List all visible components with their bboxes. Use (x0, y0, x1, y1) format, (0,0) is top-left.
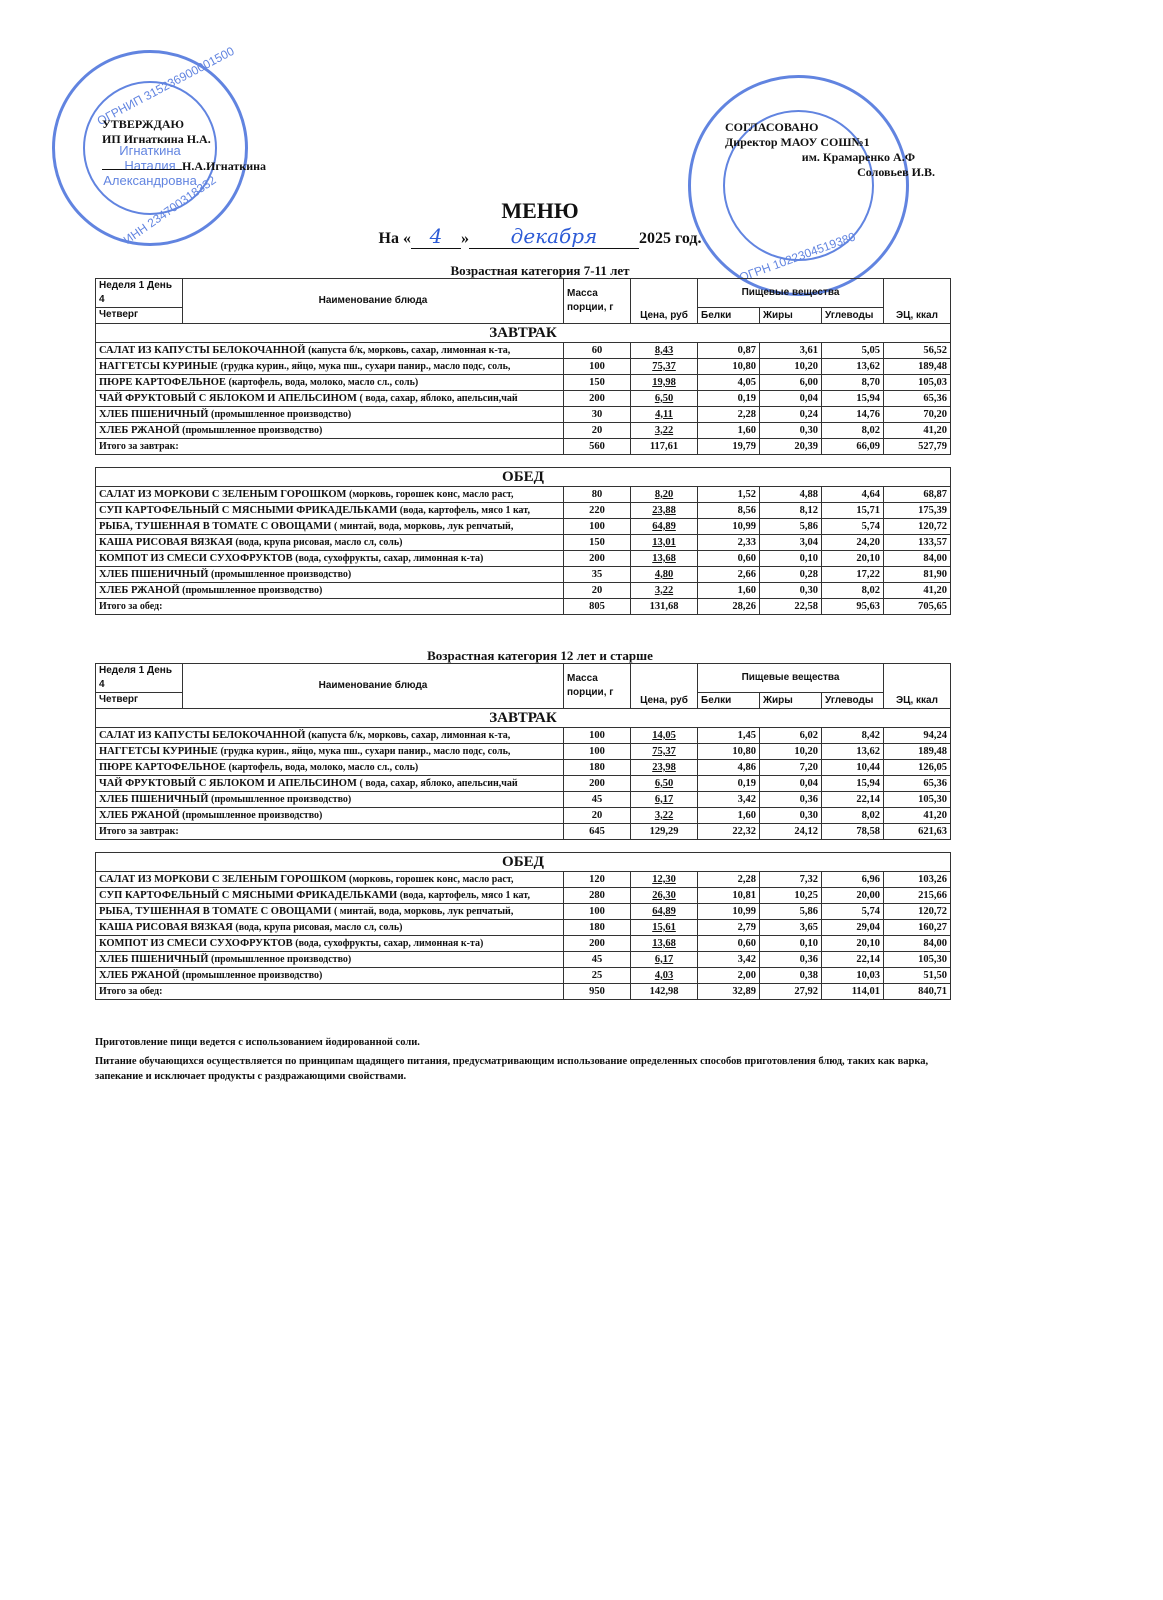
dish-energy: 94,24 (884, 728, 951, 744)
table-row: СУП КАРТОФЕЛЬНЫЙ С МЯСНЫМИ ФРИКАДЕЛЬКАМИ… (96, 503, 951, 519)
dish-carbs: 8,70 (822, 375, 884, 391)
dish-price: 64,89 (631, 519, 698, 535)
dish-fat: 0,36 (760, 792, 822, 808)
dish-protein: 2,00 (698, 968, 760, 984)
dish-mass: 100 (564, 728, 631, 744)
dish-fat: 0,30 (760, 583, 822, 599)
total-carbs: 95,63 (822, 599, 884, 615)
table-row: ХЛЕБ РЖАНОЙ (промышленное производство)2… (96, 583, 951, 599)
dish-protein: 8,56 (698, 503, 760, 519)
total-fat: 20,39 (760, 439, 822, 455)
dish-carbs: 22,14 (822, 952, 884, 968)
dish-protein: 0,19 (698, 391, 760, 407)
price-header: Цена, руб (631, 279, 698, 324)
page-title: МЕНЮ (0, 198, 1080, 224)
spacer-row (96, 840, 951, 853)
dish-energy: 84,00 (884, 551, 951, 567)
dish-mass: 200 (564, 551, 631, 567)
total-mass: 950 (564, 984, 631, 1000)
table-row: САЛАТ ИЗ МОРКОВИ С ЗЕЛЕНЫМ ГОРОШКОМ (мор… (96, 872, 951, 888)
dish-mass: 20 (564, 808, 631, 824)
dish-protein: 1,60 (698, 808, 760, 824)
dish-mass: 100 (564, 744, 631, 760)
age-category-title-1: Возрастная категория 7-11 лет (0, 263, 1080, 279)
dish-energy: 103,26 (884, 872, 951, 888)
dish-name: ПЮРЕ КАРТОФЕЛЬНОЕ (картофель, вода, моло… (96, 760, 564, 776)
dish-energy: 105,03 (884, 375, 951, 391)
total-label: Итого за обед: (96, 599, 564, 615)
table-row: САЛАТ ИЗ КАПУСТЫ БЕЛОКОЧАННОЙ (капуста б… (96, 343, 951, 359)
dish-price: 4,80 (631, 567, 698, 583)
dish-price: 13,68 (631, 551, 698, 567)
dish-carbs: 8,02 (822, 423, 884, 439)
meal-section-row: ОБЕД (96, 853, 951, 872)
dish-protein: 3,42 (698, 792, 760, 808)
dish-name: СУП КАРТОФЕЛЬНЫЙ С МЯСНЫМИ ФРИКАДЕЛЬКАМИ… (96, 888, 564, 904)
dish-mass: 280 (564, 888, 631, 904)
dish-fat: 10,20 (760, 744, 822, 760)
dish-mass: 100 (564, 359, 631, 375)
total-label: Итого за завтрак: (96, 824, 564, 840)
dish-name: САЛАТ ИЗ КАПУСТЫ БЕЛОКОЧАННОЙ (капуста б… (96, 343, 564, 359)
agreement-block: СОГЛАСОВАНО Директор МАОУ СОШ№1 им. Крам… (725, 120, 935, 180)
dish-price: 8,20 (631, 487, 698, 503)
dish-name: ХЛЕБ ПШЕНИЧНЫЙ (промышленное производств… (96, 952, 564, 968)
total-price: 129,29 (631, 824, 698, 840)
dish-price: 15,61 (631, 920, 698, 936)
dish-fat: 7,20 (760, 760, 822, 776)
total-protein: 22,32 (698, 824, 760, 840)
dish-fat: 7,32 (760, 872, 822, 888)
table-row: ЧАЙ ФРУКТОВЫЙ С ЯБЛОКОМ И АПЕЛЬСИНОМ ( в… (96, 776, 951, 792)
table-row: ПЮРЕ КАРТОФЕЛЬНОЕ (картофель, вода, моло… (96, 375, 951, 391)
table-row: КАША РИСОВАЯ ВЯЗКАЯ (вода, крупа рисовая… (96, 920, 951, 936)
dish-protein: 0,19 (698, 776, 760, 792)
dish-protein: 2,28 (698, 872, 760, 888)
dish-protein: 1,60 (698, 423, 760, 439)
total-row: Итого за завтрак:560117,6119,7920,3966,0… (96, 439, 951, 455)
dish-name: РЫБА, ТУШЕННАЯ В ТОМАТЕ С ОВОЩАМИ ( минт… (96, 904, 564, 920)
table-row: КОМПОТ ИЗ СМЕСИ СУХОФРУКТОВ (вода, сухоф… (96, 936, 951, 952)
total-mass: 560 (564, 439, 631, 455)
total-protein: 28,26 (698, 599, 760, 615)
dish-fat: 0,38 (760, 968, 822, 984)
table-row: НАГГЕТСЫ КУРИНЫЕ (грудка курин., яйцо, м… (96, 744, 951, 760)
total-protein: 32,89 (698, 984, 760, 1000)
dish-price: 75,37 (631, 359, 698, 375)
dish-protein: 10,99 (698, 904, 760, 920)
dish-name-header: Наименование блюда (183, 664, 564, 709)
dish-name: САЛАТ ИЗ МОРКОВИ С ЗЕЛЕНЫМ ГОРОШКОМ (мор… (96, 872, 564, 888)
dish-name: РЫБА, ТУШЕННАЯ В ТОМАТЕ С ОВОЩАМИ ( минт… (96, 519, 564, 535)
dish-mass: 200 (564, 776, 631, 792)
dish-energy: 65,36 (884, 776, 951, 792)
dish-fat: 0,04 (760, 776, 822, 792)
dish-name: КОМПОТ ИЗ СМЕСИ СУХОФРУКТОВ (вода, сухоф… (96, 936, 564, 952)
dish-name: НАГГЕТСЫ КУРИНЫЕ (грудка курин., яйцо, м… (96, 744, 564, 760)
signature-line (102, 169, 182, 170)
dish-fat: 5,86 (760, 519, 822, 535)
dish-protein: 10,80 (698, 359, 760, 375)
dish-mass: 180 (564, 920, 631, 936)
dish-carbs: 5,74 (822, 519, 884, 535)
energy-header: ЭЦ, ккал (884, 664, 951, 709)
dish-carbs: 20,10 (822, 551, 884, 567)
dish-mass: 200 (564, 936, 631, 952)
dish-fat: 3,61 (760, 343, 822, 359)
table-row: ХЛЕБ ПШЕНИЧНЫЙ (промышленное производств… (96, 567, 951, 583)
dish-carbs: 20,10 (822, 936, 884, 952)
table-row: ХЛЕБ ПШЕНИЧНЫЙ (промышленное производств… (96, 952, 951, 968)
dish-carbs: 29,04 (822, 920, 884, 936)
dish-carbs: 5,74 (822, 904, 884, 920)
table-row: ХЛЕБ РЖАНОЙ (промышленное производство)2… (96, 968, 951, 984)
dish-energy: 105,30 (884, 792, 951, 808)
total-energy: 527,79 (884, 439, 951, 455)
dish-carbs: 13,62 (822, 744, 884, 760)
table-row: ХЛЕБ ПШЕНИЧНЫЙ (промышленное производств… (96, 407, 951, 423)
total-row: Итого за обед:950142,9832,8927,92114,018… (96, 984, 951, 1000)
dish-energy: 120,72 (884, 519, 951, 535)
total-energy: 705,65 (884, 599, 951, 615)
dish-protein: 1,45 (698, 728, 760, 744)
dish-carbs: 8,02 (822, 583, 884, 599)
dish-name: САЛАТ ИЗ МОРКОВИ С ЗЕЛЕНЫМ ГОРОШКОМ (мор… (96, 487, 564, 503)
dish-name: ХЛЕБ РЖАНОЙ (промышленное производство) (96, 968, 564, 984)
dish-carbs: 5,05 (822, 343, 884, 359)
dish-fat: 0,10 (760, 551, 822, 567)
protein-header: Белки (698, 693, 760, 709)
dish-price: 64,89 (631, 904, 698, 920)
table-row: КОМПОТ ИЗ СМЕСИ СУХОФРУКТОВ (вода, сухоф… (96, 551, 951, 567)
dish-price: 23,88 (631, 503, 698, 519)
total-carbs: 78,58 (822, 824, 884, 840)
dish-mass: 200 (564, 391, 631, 407)
dish-price: 14,05 (631, 728, 698, 744)
dish-mass: 30 (564, 407, 631, 423)
meal-section-title: ОБЕД (96, 468, 951, 487)
dish-carbs: 15,94 (822, 776, 884, 792)
dish-protein: 2,33 (698, 535, 760, 551)
dish-energy: 65,36 (884, 391, 951, 407)
menu-date: На «4»декабря2025 год. (0, 224, 1080, 249)
table-row: САЛАТ ИЗ КАПУСТЫ БЕЛОКОЧАННОЙ (капуста б… (96, 728, 951, 744)
total-row: Итого за завтрак:645129,2922,3224,1278,5… (96, 824, 951, 840)
fat-header: Жиры (760, 693, 822, 709)
dish-carbs: 10,03 (822, 968, 884, 984)
dish-energy: 56,52 (884, 343, 951, 359)
dish-name-header: Наименование блюда (183, 279, 564, 324)
approval-role: ИП Игнаткина Н.А. (102, 132, 266, 147)
dish-price: 26,30 (631, 888, 698, 904)
table-row: ХЛЕБ РЖАНОЙ (промышленное производство)2… (96, 423, 951, 439)
dish-carbs: 6,96 (822, 872, 884, 888)
dish-fat: 0,30 (760, 808, 822, 824)
dish-mass: 120 (564, 872, 631, 888)
meal-section-row: ЗАВТРАК (96, 324, 951, 343)
meal-section-title: ЗАВТРАК (96, 324, 951, 343)
dish-fat: 5,86 (760, 904, 822, 920)
dish-carbs: 15,94 (822, 391, 884, 407)
table-row: РЫБА, ТУШЕННАЯ В ТОМАТЕ С ОВОЩАМИ ( минт… (96, 904, 951, 920)
dish-fat: 6,02 (760, 728, 822, 744)
agreement-role: Директор МАОУ СОШ№1 (725, 135, 935, 150)
dish-carbs: 24,20 (822, 535, 884, 551)
dish-energy: 81,90 (884, 567, 951, 583)
dish-price: 3,22 (631, 583, 698, 599)
dish-carbs: 22,14 (822, 792, 884, 808)
approval-signature: Н.А.Игнаткина (182, 159, 266, 173)
dish-name: НАГГЕТСЫ КУРИНЫЕ (грудка курин., яйцо, м… (96, 359, 564, 375)
dish-mass: 45 (564, 952, 631, 968)
week-day-header: Неделя 1 День 4 (96, 664, 183, 693)
dish-protein: 1,52 (698, 487, 760, 503)
dish-fat: 0,36 (760, 952, 822, 968)
dish-fat: 0,24 (760, 407, 822, 423)
dish-energy: 133,57 (884, 535, 951, 551)
week-day-header: Неделя 1 День 4 (96, 279, 183, 308)
dish-name: СУП КАРТОФЕЛЬНЫЙ С МЯСНЫМИ ФРИКАДЕЛЬКАМИ… (96, 503, 564, 519)
dish-energy: 51,50 (884, 968, 951, 984)
total-fat: 24,12 (760, 824, 822, 840)
total-label: Итого за обед: (96, 984, 564, 1000)
dish-name: ХЛЕБ ПШЕНИЧНЫЙ (промышленное производств… (96, 567, 564, 583)
agreement-title: СОГЛАСОВАНО (725, 120, 935, 135)
dish-energy: 105,30 (884, 952, 951, 968)
carbs-header: Углеводы (822, 308, 884, 324)
meal-section-title: ЗАВТРАК (96, 709, 951, 728)
header-row: Неделя 1 День 4Наименование блюдаМасса п… (96, 664, 951, 693)
agreement-school: им. Крамаренко А.Ф (725, 150, 935, 165)
table-row: ХЛЕБ ПШЕНИЧНЫЙ (промышленное производств… (96, 792, 951, 808)
approval-block: УТВЕРЖДАЮ ИП Игнаткина Н.А. Н.А.Игнаткин… (102, 117, 266, 174)
dish-carbs: 17,22 (822, 567, 884, 583)
dish-energy: 175,39 (884, 503, 951, 519)
table-row: НАГГЕТСЫ КУРИНЫЕ (грудка курин., яйцо, м… (96, 359, 951, 375)
energy-header: ЭЦ, ккал (884, 279, 951, 324)
table-row: САЛАТ ИЗ МОРКОВИ С ЗЕЛЕНЫМ ГОРОШКОМ (мор… (96, 487, 951, 503)
agreement-signature: Соловьев И.В. (857, 165, 935, 179)
dish-energy: 68,87 (884, 487, 951, 503)
dish-mass: 150 (564, 375, 631, 391)
header-row: Неделя 1 День 4Наименование блюдаМасса п… (96, 279, 951, 308)
dish-price: 13,01 (631, 535, 698, 551)
dish-carbs: 13,62 (822, 359, 884, 375)
total-energy: 840,71 (884, 984, 951, 1000)
date-month: декабря (469, 224, 639, 249)
dish-price: 8,43 (631, 343, 698, 359)
carbs-header: Углеводы (822, 693, 884, 709)
total-price: 131,68 (631, 599, 698, 615)
dish-fat: 0,30 (760, 423, 822, 439)
dish-price: 6,50 (631, 776, 698, 792)
menu-table-7-11: Неделя 1 День 4Наименование блюдаМасса п… (95, 278, 951, 615)
dish-carbs: 10,44 (822, 760, 884, 776)
price-header: Цена, руб (631, 664, 698, 709)
dish-name: КОМПОТ ИЗ СМЕСИ СУХОФРУКТОВ (вода, сухоф… (96, 551, 564, 567)
dish-protein: 4,86 (698, 760, 760, 776)
dish-mass: 20 (564, 423, 631, 439)
dish-mass: 45 (564, 792, 631, 808)
fat-header: Жиры (760, 308, 822, 324)
spacer-row (96, 455, 951, 468)
dish-price: 13,68 (631, 936, 698, 952)
dish-price: 19,98 (631, 375, 698, 391)
table-row: РЫБА, ТУШЕННАЯ В ТОМАТЕ С ОВОЩАМИ ( минт… (96, 519, 951, 535)
dish-mass: 25 (564, 968, 631, 984)
dish-fat: 0,04 (760, 391, 822, 407)
dish-mass: 100 (564, 519, 631, 535)
dish-name: КАША РИСОВАЯ ВЯЗКАЯ (вода, крупа рисовая… (96, 535, 564, 551)
table-row: ЧАЙ ФРУКТОВЫЙ С ЯБЛОКОМ И АПЕЛЬСИНОМ ( в… (96, 391, 951, 407)
dish-mass: 20 (564, 583, 631, 599)
meal-section-row: ЗАВТРАК (96, 709, 951, 728)
table-row: СУП КАРТОФЕЛЬНЫЙ С МЯСНЫМИ ФРИКАДЕЛЬКАМИ… (96, 888, 951, 904)
dish-fat: 4,88 (760, 487, 822, 503)
dish-fat: 0,10 (760, 936, 822, 952)
table-row: КАША РИСОВАЯ ВЯЗКАЯ (вода, крупа рисовая… (96, 535, 951, 551)
dish-fat: 10,20 (760, 359, 822, 375)
dish-fat: 6,00 (760, 375, 822, 391)
dish-protein: 0,60 (698, 551, 760, 567)
dish-energy: 84,00 (884, 936, 951, 952)
total-mass: 805 (564, 599, 631, 615)
dish-mass: 220 (564, 503, 631, 519)
weekday-header: Четверг (96, 693, 183, 709)
total-price: 117,61 (631, 439, 698, 455)
table-row: ПЮРЕ КАРТОФЕЛЬНОЕ (картофель, вода, моло… (96, 760, 951, 776)
total-fat: 27,92 (760, 984, 822, 1000)
dish-carbs: 14,76 (822, 407, 884, 423)
dish-fat: 3,65 (760, 920, 822, 936)
meal-section-row: ОБЕД (96, 468, 951, 487)
dish-carbs: 15,71 (822, 503, 884, 519)
dish-energy: 215,66 (884, 888, 951, 904)
dish-price: 3,22 (631, 423, 698, 439)
approval-title: УТВЕРЖДАЮ (102, 117, 266, 132)
dish-energy: 189,48 (884, 359, 951, 375)
date-day: 4 (411, 224, 461, 249)
total-carbs: 66,09 (822, 439, 884, 455)
dish-price: 23,98 (631, 760, 698, 776)
dish-fat: 0,28 (760, 567, 822, 583)
meal-section-title: ОБЕД (96, 853, 951, 872)
dish-energy: 189,48 (884, 744, 951, 760)
mass-header: Масса порции, г (564, 664, 631, 709)
dish-protein: 4,05 (698, 375, 760, 391)
dish-price: 6,17 (631, 952, 698, 968)
menu-table-12-plus: Неделя 1 День 4Наименование блюдаМасса п… (95, 663, 951, 1000)
dish-carbs: 20,00 (822, 888, 884, 904)
dish-energy: 41,20 (884, 808, 951, 824)
dish-price: 6,50 (631, 391, 698, 407)
protein-header: Белки (698, 308, 760, 324)
total-row: Итого за обед:805131,6828,2622,5895,6370… (96, 599, 951, 615)
dish-price: 75,37 (631, 744, 698, 760)
dish-carbs: 4,64 (822, 487, 884, 503)
total-energy: 621,63 (884, 824, 951, 840)
dish-price: 12,30 (631, 872, 698, 888)
dish-carbs: 8,02 (822, 808, 884, 824)
dish-name: ХЛЕБ РЖАНОЙ (промышленное производство) (96, 423, 564, 439)
dish-energy: 160,27 (884, 920, 951, 936)
dish-energy: 70,20 (884, 407, 951, 423)
dish-price: 6,17 (631, 792, 698, 808)
dish-fat: 3,04 (760, 535, 822, 551)
dish-mass: 150 (564, 535, 631, 551)
nutrients-header: Пищевые вещества (698, 279, 884, 308)
dish-price: 4,03 (631, 968, 698, 984)
dish-protein: 0,60 (698, 936, 760, 952)
dish-protein: 1,60 (698, 583, 760, 599)
mass-header: Масса порции, г (564, 279, 631, 324)
dish-carbs: 8,42 (822, 728, 884, 744)
total-mass: 645 (564, 824, 631, 840)
dish-name: ХЛЕБ ПШЕНИЧНЫЙ (промышленное производств… (96, 792, 564, 808)
dish-name: КАША РИСОВАЯ ВЯЗКАЯ (вода, крупа рисовая… (96, 920, 564, 936)
dish-mass: 180 (564, 760, 631, 776)
total-carbs: 114,01 (822, 984, 884, 1000)
age-category-title-2: Возрастная категория 12 лет и старше (0, 648, 1080, 664)
dish-protein: 2,66 (698, 567, 760, 583)
dish-mass: 35 (564, 567, 631, 583)
dish-protein: 2,79 (698, 920, 760, 936)
note-gentle-nutrition: Питание обучающихся осуществляется по пр… (95, 1054, 965, 1084)
total-price: 142,98 (631, 984, 698, 1000)
dish-name: ЧАЙ ФРУКТОВЫЙ С ЯБЛОКОМ И АПЕЛЬСИНОМ ( в… (96, 391, 564, 407)
dish-protein: 10,99 (698, 519, 760, 535)
note-iodized-salt: Приготовление пищи ведется с использован… (95, 1035, 965, 1050)
total-fat: 22,58 (760, 599, 822, 615)
dish-protein: 3,42 (698, 952, 760, 968)
dish-name: ЧАЙ ФРУКТОВЫЙ С ЯБЛОКОМ И АПЕЛЬСИНОМ ( в… (96, 776, 564, 792)
dish-name: ХЛЕБ РЖАНОЙ (промышленное производство) (96, 808, 564, 824)
dish-protein: 10,81 (698, 888, 760, 904)
dish-fat: 8,12 (760, 503, 822, 519)
dish-energy: 41,20 (884, 583, 951, 599)
dish-protein: 0,87 (698, 343, 760, 359)
dish-mass: 80 (564, 487, 631, 503)
dish-name: САЛАТ ИЗ КАПУСТЫ БЕЛОКОЧАННОЙ (капуста б… (96, 728, 564, 744)
dish-fat: 10,25 (760, 888, 822, 904)
dish-energy: 41,20 (884, 423, 951, 439)
nutrients-header: Пищевые вещества (698, 664, 884, 693)
total-protein: 19,79 (698, 439, 760, 455)
dish-protein: 2,28 (698, 407, 760, 423)
dish-energy: 126,05 (884, 760, 951, 776)
dish-protein: 10,80 (698, 744, 760, 760)
dish-mass: 100 (564, 904, 631, 920)
dish-name: ПЮРЕ КАРТОФЕЛЬНОЕ (картофель, вода, моло… (96, 375, 564, 391)
dish-energy: 120,72 (884, 904, 951, 920)
table-row: ХЛЕБ РЖАНОЙ (промышленное производство)2… (96, 808, 951, 824)
dish-price: 4,11 (631, 407, 698, 423)
weekday-header: Четверг (96, 308, 183, 324)
total-label: Итого за завтрак: (96, 439, 564, 455)
dish-price: 3,22 (631, 808, 698, 824)
dish-name: ХЛЕБ РЖАНОЙ (промышленное производство) (96, 583, 564, 599)
dish-name: ХЛЕБ ПШЕНИЧНЫЙ (промышленное производств… (96, 407, 564, 423)
dish-mass: 60 (564, 343, 631, 359)
